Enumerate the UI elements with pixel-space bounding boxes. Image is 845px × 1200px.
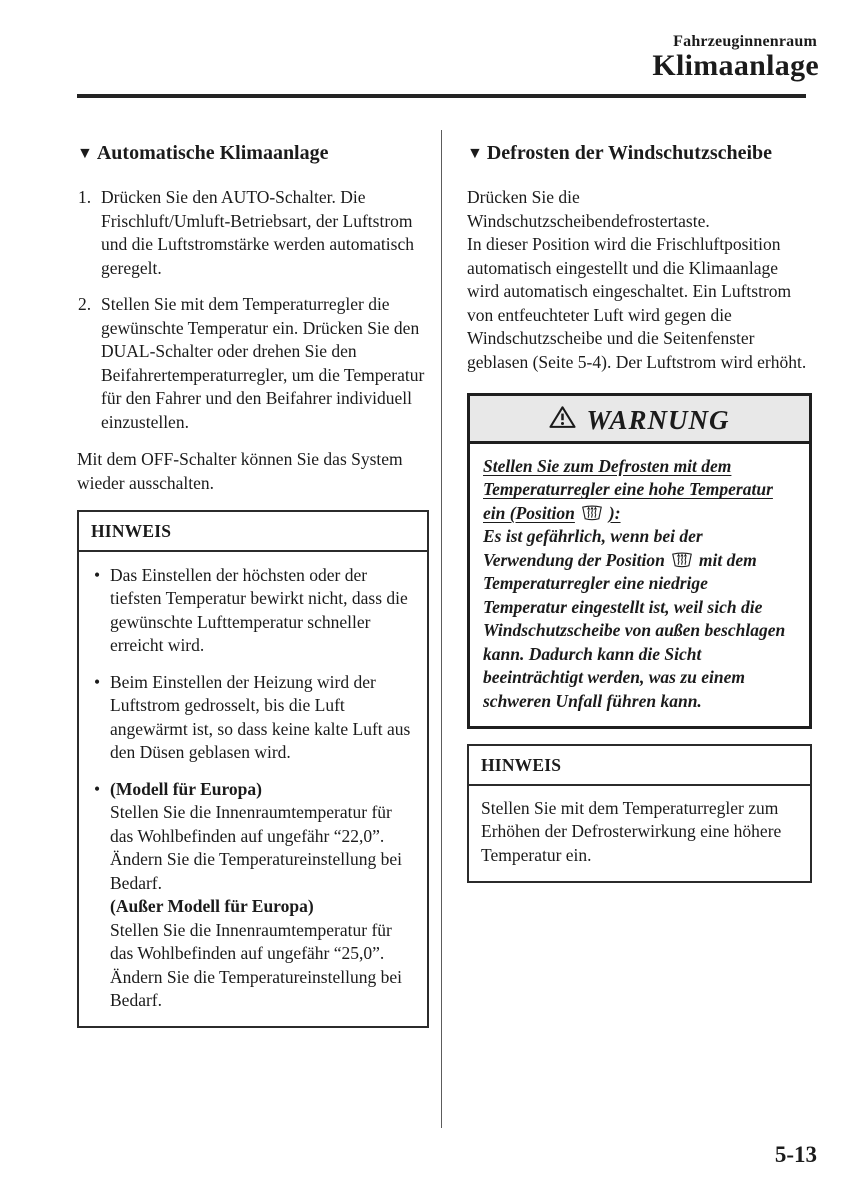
section-heading-text: Automatische Klimaanlage <box>97 142 329 164</box>
right-column: ▼Defrosten der Windschutzscheibe Drücken… <box>467 142 812 883</box>
note-box-right: HINWEIS Stellen Sie mit dem Temperaturre… <box>467 744 812 883</box>
model-non-europe-label: (Außer Modell für Europa) <box>110 895 419 919</box>
section-marker-icon: ▼ <box>77 145 93 162</box>
model-non-europe-text: Stellen Sie die Innenraumtemperatur für … <box>110 920 402 1011</box>
header-rule <box>77 94 806 98</box>
warning-underlined-lead: Stellen Sie zum Defrosten mit dem Temper… <box>483 456 773 523</box>
column-divider <box>441 130 442 1128</box>
note-bullet-list: Das Einstellen der höchsten oder der tie… <box>79 552 427 1026</box>
warning-triangle-icon <box>549 405 576 429</box>
section-heading-auto-klimaanlage: ▼Automatische Klimaanlage <box>77 142 429 165</box>
steps-list: Drücken Sie den AUTO-Schalter. Die Frisc… <box>77 186 429 434</box>
note-box-left: HINWEIS Das Einstellen der höchsten oder… <box>77 510 429 1028</box>
note-box-title: HINWEIS <box>469 746 810 786</box>
defroster-paragraph-rest: In dieser Position wird die Frischluftpo… <box>467 233 812 374</box>
manual-page: Fahrzeuginnenraum Klimaanlage ▼Automatis… <box>0 0 845 1200</box>
note-bullet: Das Einstellen der höchsten oder der tie… <box>92 564 419 658</box>
warning-body-text: Es ist gefährlich, wenn bei der Verwendu… <box>483 525 796 713</box>
section-marker-icon: ▼ <box>467 145 483 162</box>
section-heading-defrosten: ▼Defrosten der Windschutzscheibe <box>467 142 812 165</box>
page-number: 5-13 <box>775 1142 817 1168</box>
off-switch-paragraph: Mit dem OFF-Schalter können Sie das Syst… <box>77 448 429 495</box>
note-box-text: Stellen Sie mit dem Temperaturregler zum… <box>469 786 810 882</box>
warning-box: WARNUNG Stellen Sie zum Defrosten mit de… <box>467 393 812 729</box>
warning-box-header: WARNUNG <box>470 396 809 444</box>
defroster-paragraph-line: Drücken Sie die Windschutzscheibendefros… <box>467 186 812 233</box>
left-column: ▼Automatische Klimaanlage Drücken Sie de… <box>77 142 429 1028</box>
section-heading-text: Defrosten der Windschutzscheibe <box>487 142 772 164</box>
warning-body-after-icon: mit dem Temperaturregler eine niedrige T… <box>483 550 785 711</box>
warning-box-body: Stellen Sie zum Defrosten mit dem Temper… <box>470 444 809 727</box>
defroster-paragraph: Drücken Sie die Windschutzscheibendefros… <box>467 186 812 374</box>
step-item-1: Drücken Sie den AUTO-Schalter. Die Frisc… <box>77 186 429 280</box>
step-item-2: Stellen Sie mit dem Temperaturregler die… <box>77 293 429 434</box>
page-title: Klimaanlage <box>652 49 819 83</box>
windshield-defrost-icon <box>580 503 604 522</box>
windshield-defrost-icon <box>670 550 694 569</box>
model-europe-label: (Modell für Europa) <box>110 778 419 802</box>
model-europe-text: Stellen Sie die Innenraumtemperatur für … <box>110 802 402 893</box>
warning-underline-text: Stellen Sie zum Defrosten mit dem Temper… <box>483 456 773 523</box>
note-box-title: HINWEIS <box>79 512 427 552</box>
note-bullet: (Modell für Europa) Stellen Sie die Inne… <box>92 778 419 1013</box>
note-bullet: Beim Einstellen der Heizung wird der Luf… <box>92 671 419 765</box>
warning-title: WARNUNG <box>586 405 729 435</box>
warning-underline-end: ): <box>609 503 621 523</box>
